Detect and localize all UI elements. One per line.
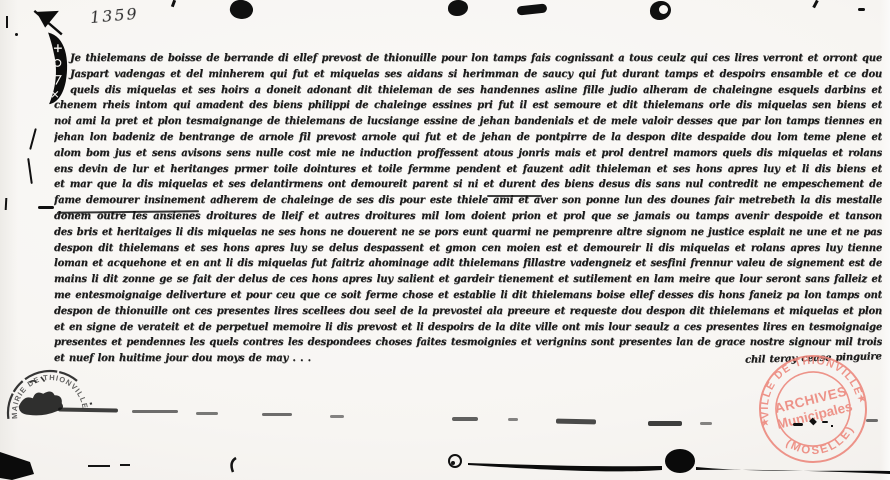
manuscript-line: fame demourer insinement adherem de chal…	[54, 193, 882, 209]
stamp-star-icon: ★	[856, 391, 869, 406]
manuscript-line: despon de thionuille ont ces presentes l…	[54, 304, 882, 320]
smudge-mark	[452, 417, 478, 421]
manuscript-line: mains li dit zonne ge se fait der delus …	[54, 272, 882, 288]
manuscript-line: quels dis miquelas et ses hoirs a doneit…	[54, 83, 882, 99]
smudge-mark	[508, 418, 518, 421]
smudge-mark	[700, 422, 712, 425]
ink-speck	[171, 0, 176, 7]
mairie-stamp: MAIRIE DE THIONVILLE	[2, 356, 102, 430]
ink-speck	[793, 423, 803, 426]
manuscript-line: jehan lon badeniz de bentrange de arnole…	[54, 130, 882, 146]
margin-tick	[5, 198, 8, 210]
manuscript-scan-page: 1359 Je thielemans de boisse de berrande…	[0, 0, 890, 480]
ink-speck	[831, 425, 833, 427]
underline-mark	[487, 195, 542, 197]
ink-speck	[858, 8, 865, 11]
manuscript-line: ens devin de lur et heritanges prmer toi…	[54, 162, 882, 178]
smudge-mark	[330, 415, 344, 418]
manuscript-line: me entesmoignaige deliverture et pour ce…	[54, 288, 882, 304]
smudge-mark	[132, 410, 178, 413]
manuscript-line: Jaspart vadengas et del minherem qui fut…	[54, 67, 882, 83]
date-annotation: 1359	[89, 4, 139, 27]
manuscript-line: chenem rheis intom qui amadent des biens…	[54, 98, 882, 114]
manuscript-line: alom bom jus et sens avisons sens nulle …	[54, 146, 882, 162]
ink-speck	[659, 5, 668, 14]
margin-tick	[6, 16, 8, 28]
ink-speck	[15, 33, 18, 36]
manuscript-line: Je thielemans de boisse de berrande di e…	[54, 51, 882, 67]
margin-dash	[38, 206, 54, 209]
smudge-mark	[556, 419, 596, 425]
margin-crease	[29, 128, 37, 150]
manuscript-line: et mar que la dis miquelas et ses delant…	[54, 177, 882, 193]
smudge-mark	[648, 421, 682, 426]
fold-crease	[0, 440, 890, 480]
ink-smudge	[517, 3, 548, 15]
manuscript-line: despon dit thielemans et ses hons apres …	[54, 241, 882, 257]
manuscript-line: noi ami la pret et plon tesmaignange de …	[54, 114, 882, 130]
smudge-mark	[196, 412, 218, 415]
ink-blot	[448, 0, 468, 16]
manuscript-line: des bris et heritaiges li dis miquelas n…	[54, 225, 882, 241]
ink-speck	[812, 0, 818, 8]
ink-speck	[822, 421, 828, 423]
manuscript-line: loman et acquehone et en ant li dis miqu…	[54, 256, 882, 272]
ink-blot	[228, 0, 255, 21]
margin-crease	[27, 158, 33, 184]
smudge-mark	[866, 419, 878, 422]
manuscript-text-block: Je thielemans de boisse de berrande di e…	[54, 51, 882, 367]
smudge-mark	[262, 413, 292, 416]
